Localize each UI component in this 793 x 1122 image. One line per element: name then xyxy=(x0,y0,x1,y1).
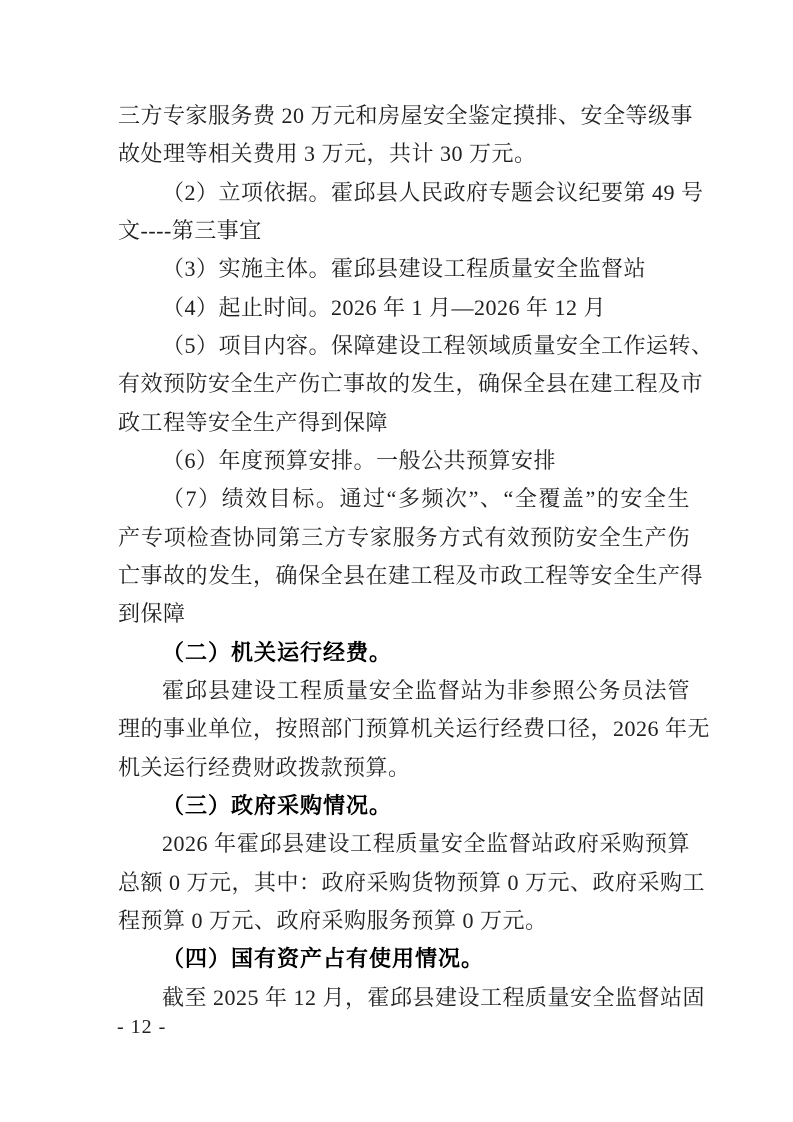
text-line: （3）实施主体。霍邱县建设工程质量安全监督站 xyxy=(118,250,690,288)
text-line: 政工程等安全生产得到保障 xyxy=(118,404,690,442)
text-line: 理的事业单位，按照部门预算机关运行经费口径，2026 年无 xyxy=(118,710,690,748)
text-line: （7）绩效目标。通过“多频次”、“全覆盖”的安全生 xyxy=(118,480,690,518)
text-line: 程预算 0 万元、政府采购服务预算 0 万元。 xyxy=(118,902,690,940)
text-line: 亡事故的发生，确保全县在建工程及市政工程等安全生产得 xyxy=(118,557,690,595)
text-line: 2026 年霍邱县建设工程质量安全监督站政府采购预算 xyxy=(118,825,690,863)
document-page: 三方专家服务费 20 万元和房屋安全鉴定摸排、安全等级事 故处理等相关费用 3 … xyxy=(0,0,793,1122)
text-line: （4）起止时间。2026 年 1 月—2026 年 12 月 xyxy=(118,289,690,327)
text-line: 有效预防安全生产伤亡事故的发生，确保全县在建工程及市 xyxy=(118,365,690,403)
text-line: （6）年度预算安排。一般公共预算安排 xyxy=(118,442,690,480)
text-line: 故处理等相关费用 3 万元，共计 30 万元。 xyxy=(118,135,690,173)
text-line: 产专项检查协同第三方专家服务方式有效预防安全生产伤 xyxy=(118,519,690,557)
page-number: - 12 - xyxy=(117,1014,166,1040)
text-line: （2）立项依据。霍邱县人民政府专题会议纪要第 49 号 xyxy=(118,174,690,212)
section-heading: （四）国有资产占有使用情况。 xyxy=(118,940,690,978)
text-line: 霍邱县建设工程质量安全监督站为非参照公务员法管 xyxy=(118,672,690,710)
text-line: 截至 2025 年 12 月，霍邱县建设工程质量安全监督站固 xyxy=(118,979,690,1017)
text-line: 三方专家服务费 20 万元和房屋安全鉴定摸排、安全等级事 xyxy=(118,97,690,135)
text-line: 机关运行经费财政拨款预算。 xyxy=(118,749,690,787)
section-heading: （三）政府采购情况。 xyxy=(118,787,690,825)
text-line: （5）项目内容。保障建设工程领域质量安全工作运转、 xyxy=(118,327,690,365)
section-heading: （二）机关运行经费。 xyxy=(118,634,690,672)
text-line: 到保障 xyxy=(118,595,690,633)
text-line: 总额 0 万元，其中：政府采购货物预算 0 万元、政府采购工 xyxy=(118,864,690,902)
page-content: 三方专家服务费 20 万元和房屋安全鉴定摸排、安全等级事 故处理等相关费用 3 … xyxy=(118,97,690,1017)
text-line: 文----第三事宜 xyxy=(118,212,690,250)
